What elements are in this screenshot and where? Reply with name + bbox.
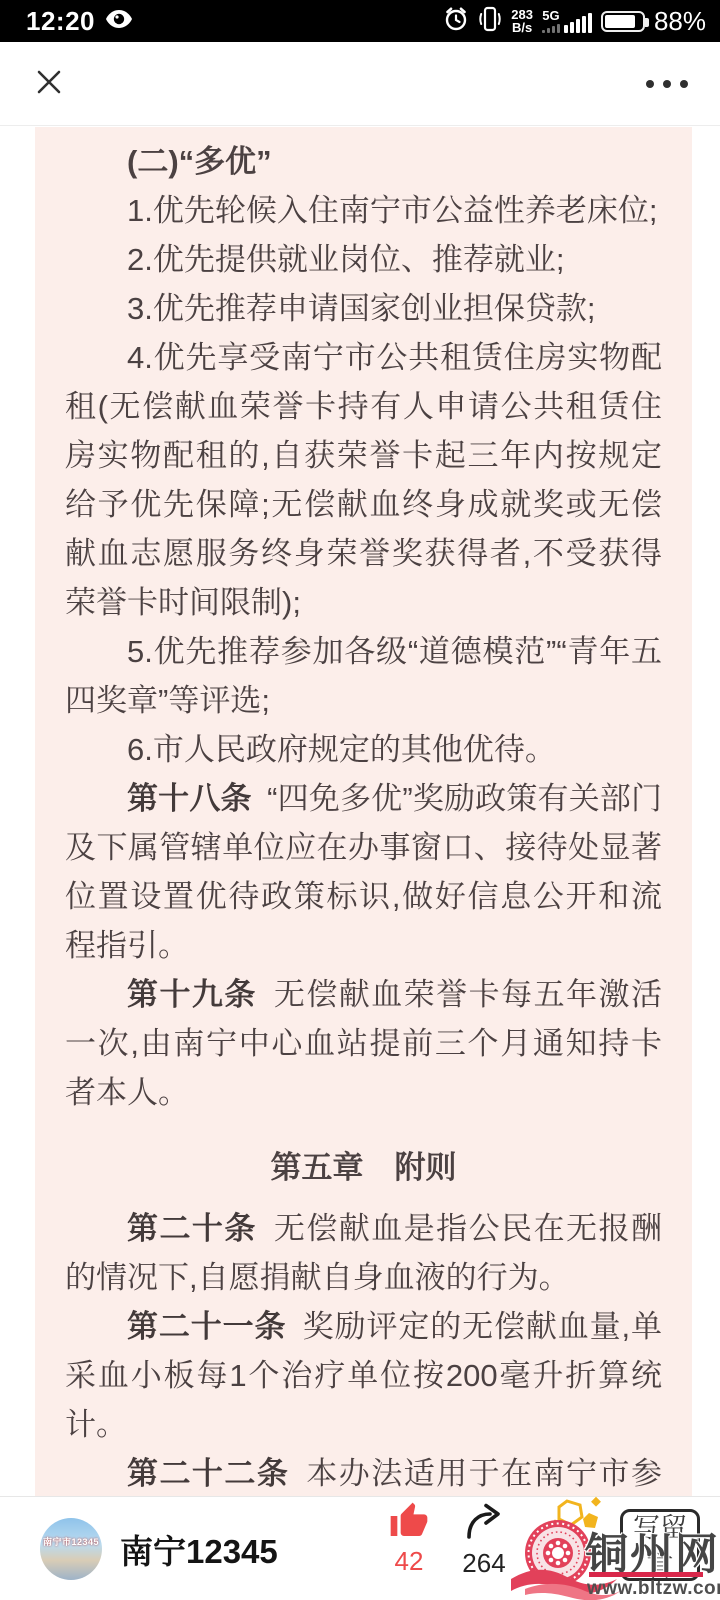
vibrate-icon <box>478 5 502 38</box>
article-clause-lead: 第二十一条 <box>127 1309 286 1344</box>
article-clause-lead: 第十九条 <box>127 977 257 1012</box>
avatar: 南宁市12345 <box>40 1518 102 1580</box>
article-paragraph: 4.优先享受南宁市公共租赁住房实物配租(无偿献血荣誉卡持有人申请公共租赁住房实物… <box>65 333 662 627</box>
screen: 12:20 <box>0 0 720 1600</box>
account-name: 南宁12345 <box>120 1526 278 1573</box>
article-paragraph: 2.优先提供就业岗位、推荐就业; <box>65 235 662 284</box>
close-button[interactable] <box>32 65 66 102</box>
article-paragraph: 6.市人民政府规定的其他优待。 <box>65 725 662 774</box>
eye-protection-icon <box>105 9 133 34</box>
article-paragraph: 5.优先推荐参加各级“道德模范”“青年五四奖章”等评选; <box>65 627 662 725</box>
article-clause-lead: 第二十条 <box>127 1211 257 1246</box>
article-paragraph: 第二十一条 奖励评定的无偿献血量,单采血小板每1个治疗单位按200毫升折算统计。 <box>65 1302 662 1449</box>
article-paragraph: 第十九条 无偿献血荣誉卡每五年激活一次,由南宁中心血站提前三个月通知持卡者本人。 <box>65 970 662 1117</box>
signal-indicator: 5G <box>542 9 592 33</box>
network-type-label: 5G <box>542 9 559 22</box>
article-paragraph: 第二十二条 本办法适用于在南宁市参与 <box>65 1449 662 1496</box>
article-clause-lead: 第十八条 <box>127 781 252 816</box>
more-dots-icon <box>646 80 688 88</box>
network-speed-unit: B/s <box>512 21 532 34</box>
article-paragraph: 第十八条 “四免多优”奖励政策有关部门及下属管辖单位应在办事窗口、接待处显著位置… <box>65 774 662 970</box>
signal-bars-dim <box>542 24 560 33</box>
footer-toolbar: 南宁市12345 南宁12345 42 264 写留言 <box>0 1496 720 1600</box>
share-count: 264 <box>462 1548 505 1579</box>
account-chip[interactable]: 南宁市12345 南宁12345 <box>40 1497 278 1600</box>
alarm-icon <box>443 6 469 37</box>
signal-bars-icon <box>564 13 592 33</box>
status-right: 283 B/s 5G 88% <box>443 5 706 38</box>
close-icon <box>32 65 66 102</box>
comment-button[interactable]: 写留言 <box>620 1509 700 1581</box>
article-paragraph: 3.优先推荐申请国家创业担保贷款; <box>65 284 662 333</box>
like-count: 42 <box>395 1546 424 1577</box>
thumbs-up-icon <box>388 1501 430 1544</box>
article-scroll-area[interactable]: (二)“多优”1.优先轮候入住南宁市公益性养老床位;2.优先提供就业岗位、推荐就… <box>0 127 720 1496</box>
article-paragraph: (二)“多优” <box>65 137 662 186</box>
status-left: 12:20 <box>26 6 133 37</box>
clock: 12:20 <box>26 6 95 37</box>
more-menu-button[interactable] <box>646 80 688 88</box>
battery-percent: 88% <box>654 6 706 37</box>
battery-icon <box>601 11 645 32</box>
share-arrow-icon <box>461 1501 507 1546</box>
status-bar: 12:20 <box>0 0 720 42</box>
article-paragraph: 1.优先轮候入住南宁市公益性养老床位; <box>65 186 662 235</box>
like-button[interactable]: 42 <box>377 1501 441 1577</box>
share-button[interactable]: 264 <box>452 1501 516 1579</box>
article-body: (二)“多优”1.优先轮候入住南宁市公益性养老床位;2.优先提供就业岗位、推荐就… <box>65 137 662 1496</box>
article-clause-lead: 第二十二条 <box>127 1456 289 1491</box>
app-header <box>0 42 720 126</box>
sim1-signal: 5G <box>542 9 560 33</box>
article-paragraph: 第五章 附则 <box>65 1143 662 1192</box>
network-speed: 283 B/s <box>511 8 533 34</box>
avatar-text: 南宁市12345 <box>40 1535 102 1548</box>
article-paragraph: 第二十条 无偿献血是指公民在无报酬的情况下,自愿捐献自身血液的行为。 <box>65 1204 662 1302</box>
article-card: (二)“多优”1.优先轮候入住南宁市公益性养老床位;2.优先提供就业岗位、推荐就… <box>35 127 692 1496</box>
